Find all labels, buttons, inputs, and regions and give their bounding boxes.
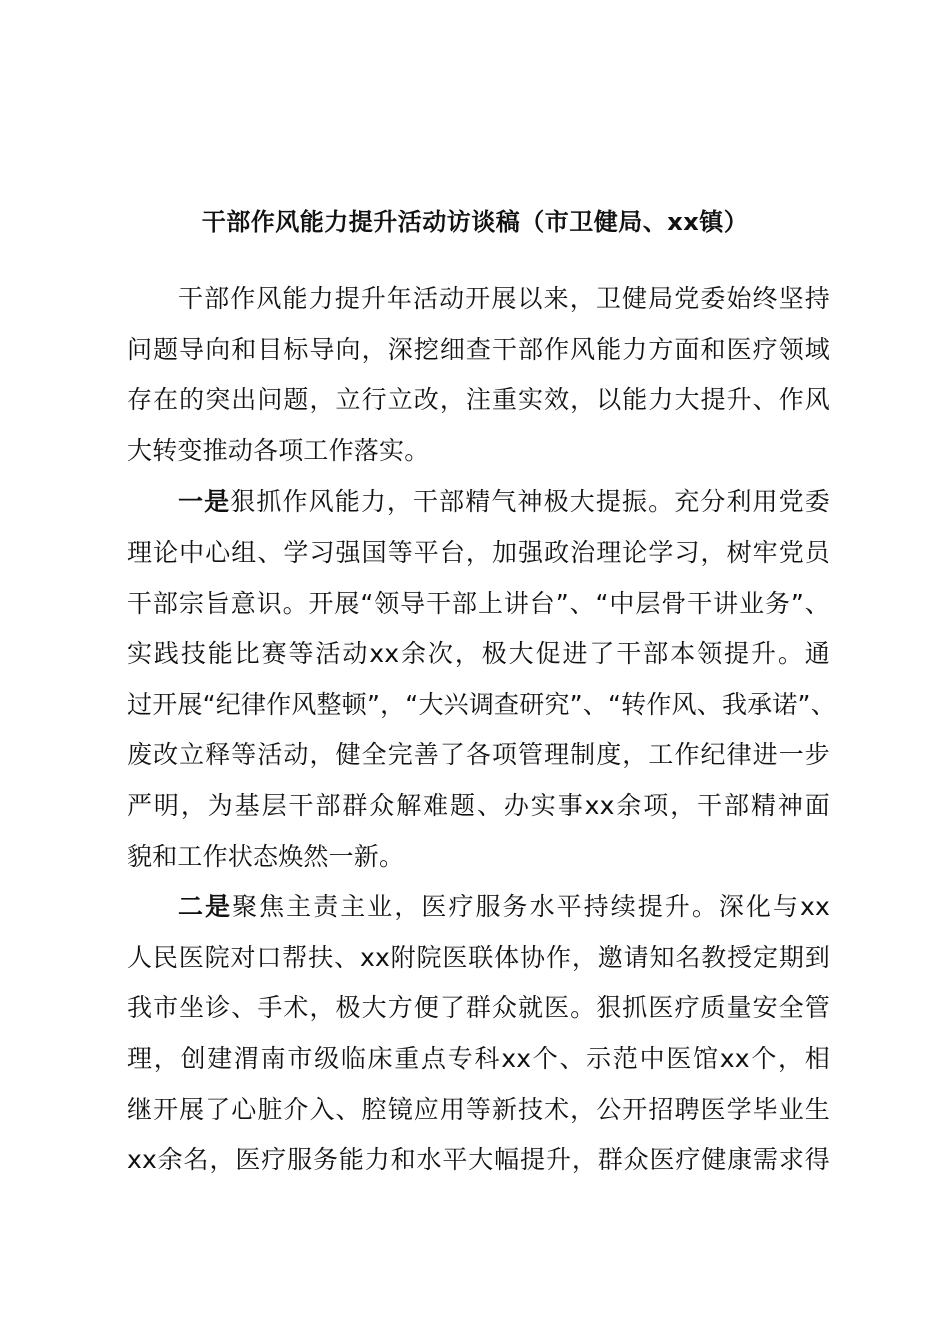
paragraph-3-line-5: 继开展了心脏介入、腔镜应用等新技术，公开招聘医学毕业生 [127, 1092, 830, 1128]
document-page: 干部作风能力提升活动访谈稿（市卫健局、xx镇） 干部作风能力提升年活动开展以来，… [0, 0, 950, 1344]
paragraph-2-line-4: 实践技能比赛等活动xx余次，极大促进了干部本领提升。通 [127, 636, 830, 672]
paragraph-3-line-1-text: 聚焦主责主业，医疗服务水平持续提升。深化与xx [232, 892, 830, 921]
document-title: 干部作风能力提升活动访谈稿（市卫健局、xx镇） [0, 204, 950, 240]
paragraph-2-line-3: 干部宗旨意识。开展“领导干部上讲台”、“中层骨干讲业务”、 [127, 586, 830, 622]
paragraph-1-line-3: 存在的突出问题，立行立改，注重实效，以能力大提升、作风 [127, 382, 830, 418]
paragraph-3-line-2: 人民医院对口帮扶、xx附院医联体协作，邀请知名教授定期到 [127, 940, 830, 976]
paragraph-2-line-2: 理论中心组、学习强国等平台，加强政治理论学习，树牢党员 [127, 535, 830, 571]
paragraph-3-lead: 二是 [178, 892, 232, 921]
paragraph-2-lead: 一是 [178, 487, 230, 516]
paragraph-2-line-8: 貌和工作状态焕然一新。 [127, 839, 830, 875]
paragraph-2-line-7: 严明，为基层干部群众解难题、办实事xx余项，干部精神面 [127, 788, 830, 824]
paragraph-3-line-1: 二是聚焦主责主业，医疗服务水平持续提升。深化与xx [178, 889, 830, 925]
paragraph-3-line-3: 我市坐诊、手术，极大方便了群众就医。狠抓医疗质量安全管 [127, 990, 830, 1026]
paragraph-2-line-6: 废改立释等活动，健全完善了各项管理制度，工作纪律进一步 [127, 737, 830, 773]
paragraph-2-line-1-text: 狠抓作风能力，干部精气神极大提振。充分利用党委 [230, 487, 830, 516]
paragraph-3-line-4: 理，创建渭南市级临床重点专科xx个、示范中医馆xx个，相 [127, 1041, 830, 1077]
paragraph-3-line-6: xx余名，医疗服务能力和水平大幅提升，群众医疗健康需求得 [127, 1142, 830, 1178]
paragraph-1-line-1: 干部作风能力提升年活动开展以来，卫健局党委始终坚持 [178, 281, 830, 317]
paragraph-1-line-4: 大转变推动各项工作落实。 [127, 433, 830, 469]
paragraph-2-line-5: 过开展“纪律作风整顿”，“大兴调查研究”、“转作风、我承诺”、 [127, 687, 830, 723]
paragraph-2-line-1: 一是狠抓作风能力，干部精气神极大提振。充分利用党委 [178, 484, 830, 520]
paragraph-1-line-2: 问题导向和目标导向，深挖细查干部作风能力方面和医疗领域 [127, 332, 830, 368]
